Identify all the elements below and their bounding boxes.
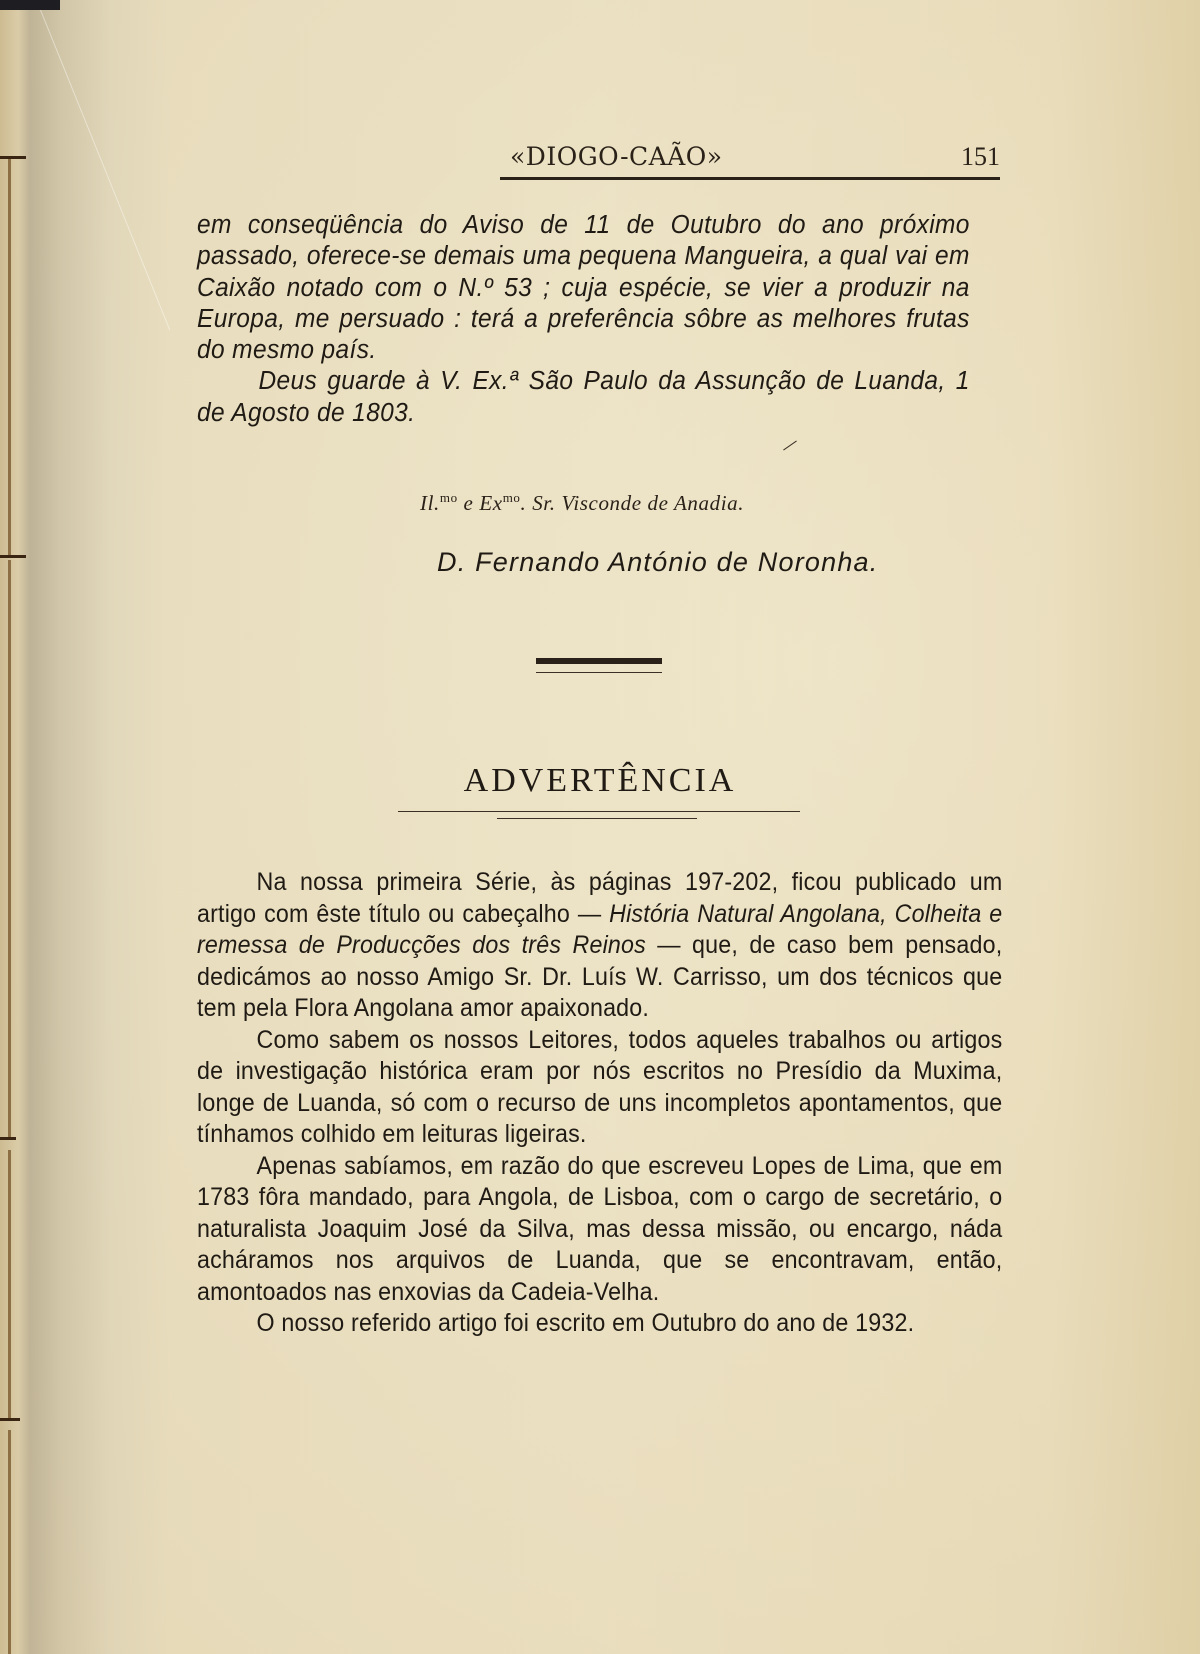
running-head: «DIOGO-CAÃO» 151: [500, 138, 1000, 178]
running-title: «DIOGO-CAÃO»: [510, 142, 723, 171]
binding-thread: [8, 1150, 11, 1420]
section-divider: [536, 658, 662, 664]
binding-thread: [8, 158, 11, 558]
signature: D. Fernando António de Noronha.: [437, 547, 878, 578]
binding-thread: [8, 560, 11, 1140]
body-paragraph: Na nossa primeira Série, às páginas 197-…: [197, 867, 1002, 1025]
binding-stitch: [0, 156, 26, 159]
salutation: Il.mo e Exmo. Sr. Visconde de Anadia.: [420, 490, 744, 516]
binding-thread: [8, 1430, 11, 1654]
binding-stitch: [0, 555, 26, 558]
scanned-book-page: «DIOGO-CAÃO» 151 em conseqüência do Avis…: [0, 0, 1200, 1654]
binding-stitch: [0, 1418, 20, 1421]
pencil-mark: [783, 441, 797, 451]
title-underline: [398, 811, 800, 812]
letter-body: em conseqüência do Aviso de 11 de Outubr…: [197, 210, 970, 429]
advertencia-body: Na nossa primeira Série, às páginas 197-…: [197, 867, 1002, 1340]
binding-stitch: [0, 1137, 16, 1140]
body-paragraph: O nosso referido artigo foi escrito em O…: [197, 1308, 1002, 1340]
body-paragraph: Apenas sabíamos, em razão do que escreve…: [197, 1151, 1002, 1309]
section-title: ADVERTÊNCIA: [380, 762, 820, 800]
title-underline-short: [497, 818, 697, 819]
page-number: 151: [961, 142, 1000, 172]
letter-paragraph: em conseqüência do Aviso de 11 de Outubr…: [197, 210, 970, 366]
section-divider-thin: [536, 672, 662, 673]
scan-edge-shadow: [0, 0, 60, 10]
body-paragraph: Como sabem os nossos Leitores, todos aqu…: [197, 1025, 1002, 1151]
letter-closing: Deus guarde à V. Ex.ª São Paulo da Assun…: [197, 366, 970, 429]
header-rule: [500, 177, 1000, 180]
